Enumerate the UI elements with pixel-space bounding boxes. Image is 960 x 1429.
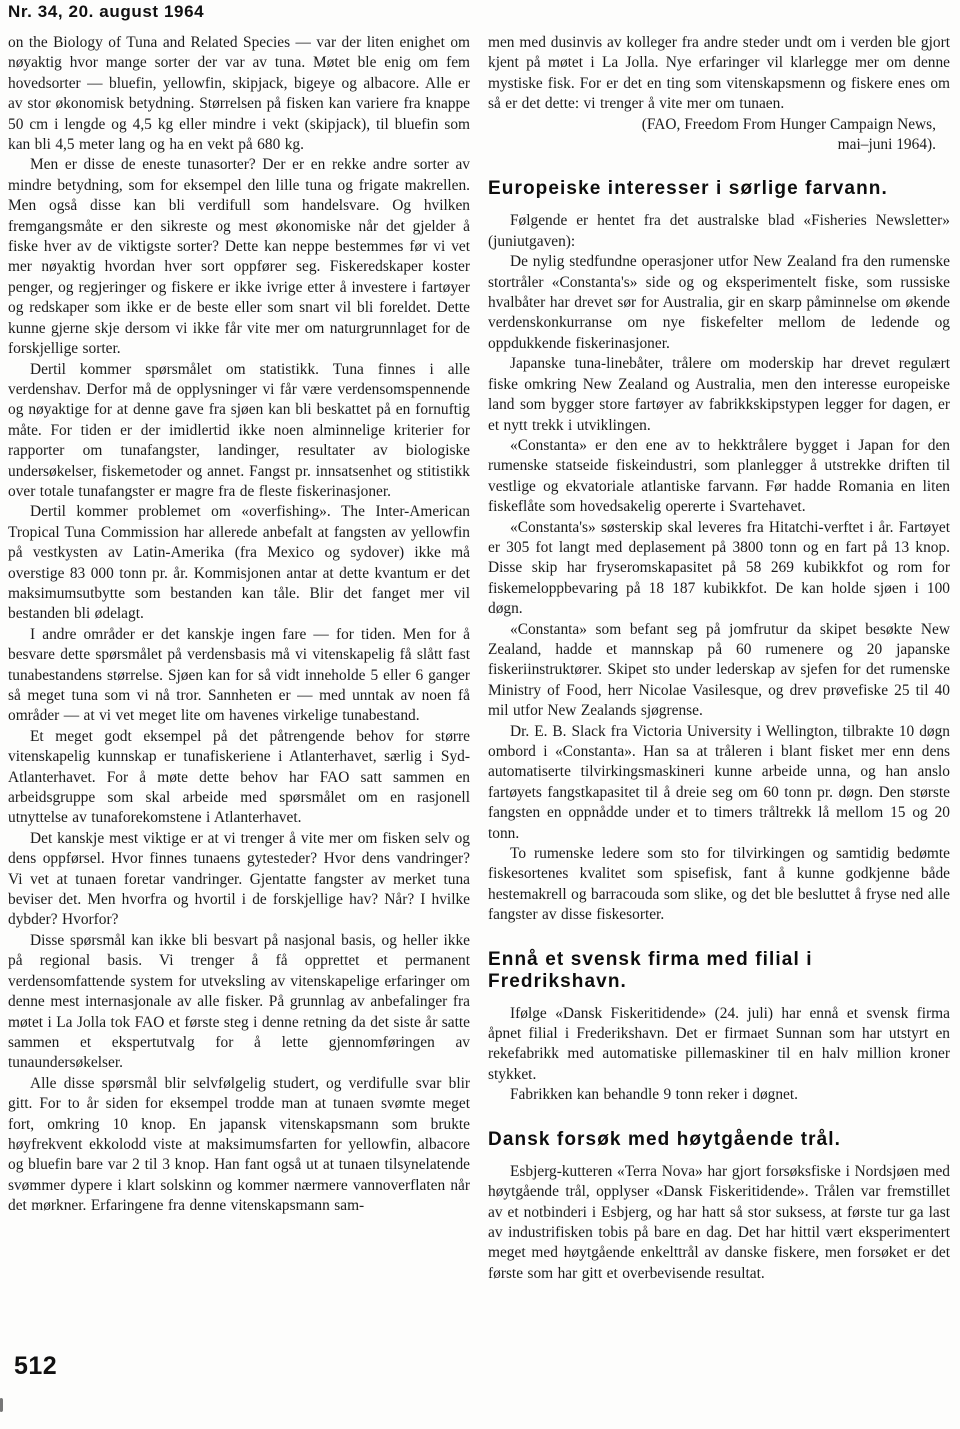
paragraph: Et meget godt eksempel på det påtrengend… [8, 727, 470, 829]
section-heading: Ennå et svensk firma med filial i Fredri… [488, 949, 950, 993]
issue-header: Nr. 34, 20. august 1964 [8, 2, 204, 22]
paragraph: on the Biology of Tuna and Related Speci… [8, 33, 470, 155]
paragraph: Det kanskje mest viktige er at vi trenge… [8, 829, 470, 931]
paragraph: Japanske tuna-linebåter, trålere om mode… [488, 354, 950, 436]
paragraph: Ifølge «Dansk Fiskeritidende» (24. juli)… [488, 1004, 950, 1086]
paragraph: Fabrikken kan behandle 9 tonn reker i dø… [488, 1085, 950, 1105]
left-column: on the Biology of Tuna and Related Speci… [8, 33, 470, 1217]
paragraph: Dertil kommer problemet om «overfishing»… [8, 502, 470, 624]
paragraph: «Constanta» som befant seg på jomfrutur … [488, 620, 950, 722]
paragraph: «Constanta» er den ene av to hekktrålere… [488, 436, 950, 518]
paragraph: Esbjerg-kutteren «Terra Nova» har gjort … [488, 1162, 950, 1284]
journal-page: Nr. 34, 20. august 1964 on the Biology o… [0, 0, 960, 1429]
paragraph: To rumenske ledere som sto for tilvirkin… [488, 844, 950, 926]
page-number: 512 [14, 1352, 57, 1381]
paragraph: Dr. E. B. Slack fra Victoria University … [488, 722, 950, 844]
paragraph: Men er disse de eneste tunasorter? Der e… [8, 155, 470, 359]
paragraph: Alle disse spørsmål blir selvfølgelig st… [8, 1074, 470, 1217]
section-heading: Europeiske interesser i sørlige farvann. [488, 178, 950, 200]
paragraph: men med dusinvis av kolleger fra andre s… [488, 33, 950, 115]
right-column: men med dusinvis av kolleger fra andre s… [488, 33, 950, 1284]
attribution-line: mai–juni 1964). [488, 135, 936, 155]
attribution-line: (FAO, Freedom From Hunger Campaign News, [488, 115, 936, 135]
scan-artifact [0, 1398, 3, 1412]
attribution: (FAO, Freedom From Hunger Campaign News,… [488, 115, 950, 156]
paragraph: Følgende er hentet fra det australske bl… [488, 211, 950, 252]
paragraph: Dertil kommer spørsmålet om statistikk. … [8, 360, 470, 503]
section-heading: Dansk forsøk med høytgående trål. [488, 1129, 950, 1151]
paragraph: Disse spørsmål kan ikke bli besvart på n… [8, 931, 470, 1074]
paragraph: De nylig stedfundne operasjoner utfor Ne… [488, 252, 950, 354]
paragraph: «Constanta's» søsterskip skal leveres fr… [488, 518, 950, 620]
paragraph: I andre områder er det kanskje ingen far… [8, 625, 470, 727]
